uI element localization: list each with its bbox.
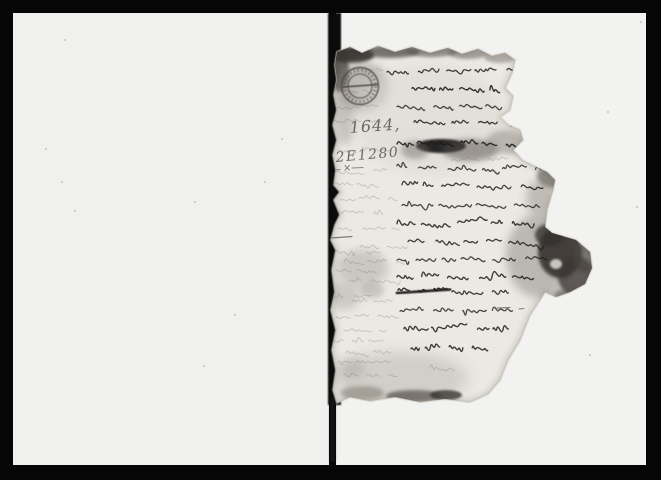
manuscript-artwork [0, 0, 661, 480]
pencil-year-annotation: 1644, [349, 114, 401, 136]
pencil-check-mark: × [343, 163, 351, 174]
archival-scan-viewport: 1644, 2E1280 × [0, 0, 661, 480]
